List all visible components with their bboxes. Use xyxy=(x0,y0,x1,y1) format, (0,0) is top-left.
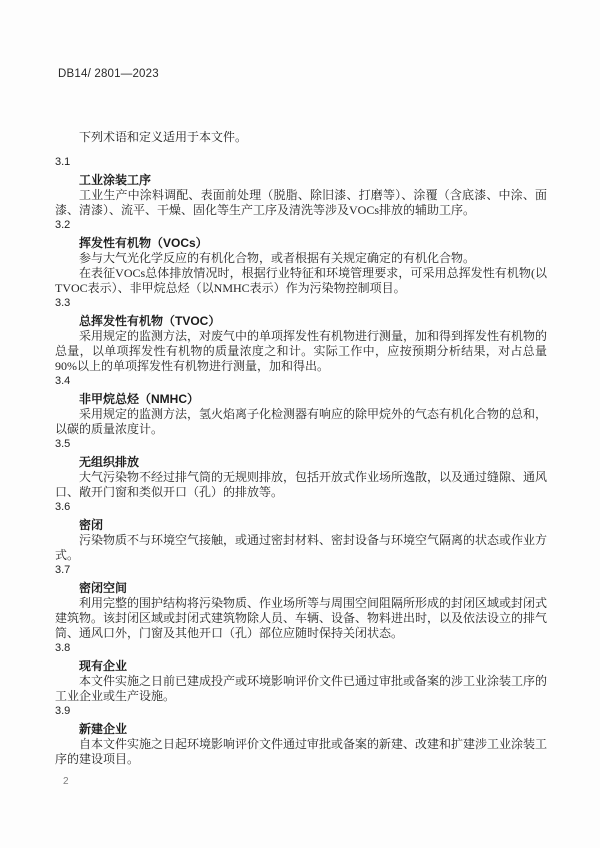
term-definition: 本文件实施之日前已建成投产或环境影响评价文件已通过审批或备案的涉工业涂装工序的工… xyxy=(55,674,547,704)
term-definition: 采用规定的监测方法，氢火焰离子化检测器有响应的除甲烷外的气态有机化合物的总和，以… xyxy=(55,407,547,437)
term-section-3-6: 3.6 密闭 污染物质不与环境空气接触，或通过密封材料、密封设备与环境空气隔离的… xyxy=(55,500,547,563)
section-number: 3.6 xyxy=(55,500,547,515)
section-number: 3.5 xyxy=(55,437,547,452)
term-section-3-3: 3.3 总挥发性有机物（TVOC） 采用规定的监测方法，对废气中的单项挥发性有机… xyxy=(55,296,547,374)
term-title: 挥发性有机物（VOCs） xyxy=(55,236,547,251)
term-definition: 在表征VOCs总体排放情况时，根据行业特征和环境管理要求，可采用总挥发性有机物(… xyxy=(55,266,547,296)
term-definition: 采用规定的监测方法，对废气中的单项挥发性有机物进行测量，加和得到挥发性有机物的总… xyxy=(55,329,547,374)
term-section-3-1: 3.1 工业涂装工序 工业生产中涂料调配、表面前处理（脱脂、除旧漆、打磨等）、涂… xyxy=(55,155,547,218)
term-title: 密闭空间 xyxy=(55,581,547,596)
section-number: 3.7 xyxy=(55,563,547,578)
term-definition: 利用完整的围护结构将污染物质、作业场所等与周围空间阻隔所形成的封闭区域或封闭式建… xyxy=(55,596,547,641)
terms-intro: 下列术语和定义适用于本文件。 xyxy=(55,130,547,145)
term-section-3-8: 3.8 现有企业 本文件实施之日前已建成投产或环境影响评价文件已通过审批或备案的… xyxy=(55,641,547,704)
term-definition: 污染物质不与环境空气接触，或通过密封材料、密封设备与环境空气隔离的状态或作业方式… xyxy=(55,533,547,563)
document-page: DB14/ 2801—2023 下列术语和定义适用于本文件。 3.1 工业涂装工… xyxy=(0,0,600,848)
section-number: 3.1 xyxy=(55,155,547,170)
term-section-3-2: 3.2 挥发性有机物（VOCs） 参与大气光化学反应的有机化合物，或者根据有关规… xyxy=(55,218,547,296)
term-section-3-5: 3.5 无组织排放 大气污染物不经过排气筒的无规则排放，包括开放式作业场所逸散，… xyxy=(55,437,547,500)
term-title: 工业涂装工序 xyxy=(55,173,547,188)
term-title: 新建企业 xyxy=(55,722,547,737)
page-number: 2 xyxy=(63,776,69,787)
terms-content: 下列术语和定义适用于本文件。 3.1 工业涂装工序 工业生产中涂料调配、表面前处… xyxy=(55,130,547,767)
term-definition: 大气污染物不经过排气筒的无规则排放，包括开放式作业场所逸散，以及通过缝隙、通风口… xyxy=(55,470,547,500)
section-number: 3.3 xyxy=(55,296,547,311)
term-definition: 工业生产中涂料调配、表面前处理（脱脂、除旧漆、打磨等）、涂覆（含底漆、中涂、面漆… xyxy=(55,188,547,218)
section-number: 3.8 xyxy=(55,641,547,656)
term-title: 总挥发性有机物（TVOC） xyxy=(55,314,547,329)
term-definition: 参与大气光化学反应的有机化合物，或者根据有关规定确定的有机化合物。 xyxy=(55,251,547,266)
section-number: 3.4 xyxy=(55,374,547,389)
term-title: 非甲烷总烃（NMHC） xyxy=(55,392,547,407)
section-number: 3.9 xyxy=(55,704,547,719)
section-number: 3.2 xyxy=(55,218,547,233)
term-title: 密闭 xyxy=(55,518,547,533)
term-section-3-4: 3.4 非甲烷总烃（NMHC） 采用规定的监测方法，氢火焰离子化检测器有响应的除… xyxy=(55,374,547,437)
term-section-3-9: 3.9 新建企业 自本文件实施之日起环境影响评价文件通过审批或备案的新建、改建和… xyxy=(55,704,547,767)
term-section-3-7: 3.7 密闭空间 利用完整的围护结构将污染物质、作业场所等与周围空间阻隔所形成的… xyxy=(55,563,547,641)
term-title: 无组织排放 xyxy=(55,455,547,470)
term-definition: 自本文件实施之日起环境影响评价文件通过审批或备案的新建、改建和扩建涉工业涂装工序… xyxy=(55,737,547,767)
term-title: 现有企业 xyxy=(55,659,547,674)
document-code: DB14/ 2801—2023 xyxy=(58,68,159,80)
